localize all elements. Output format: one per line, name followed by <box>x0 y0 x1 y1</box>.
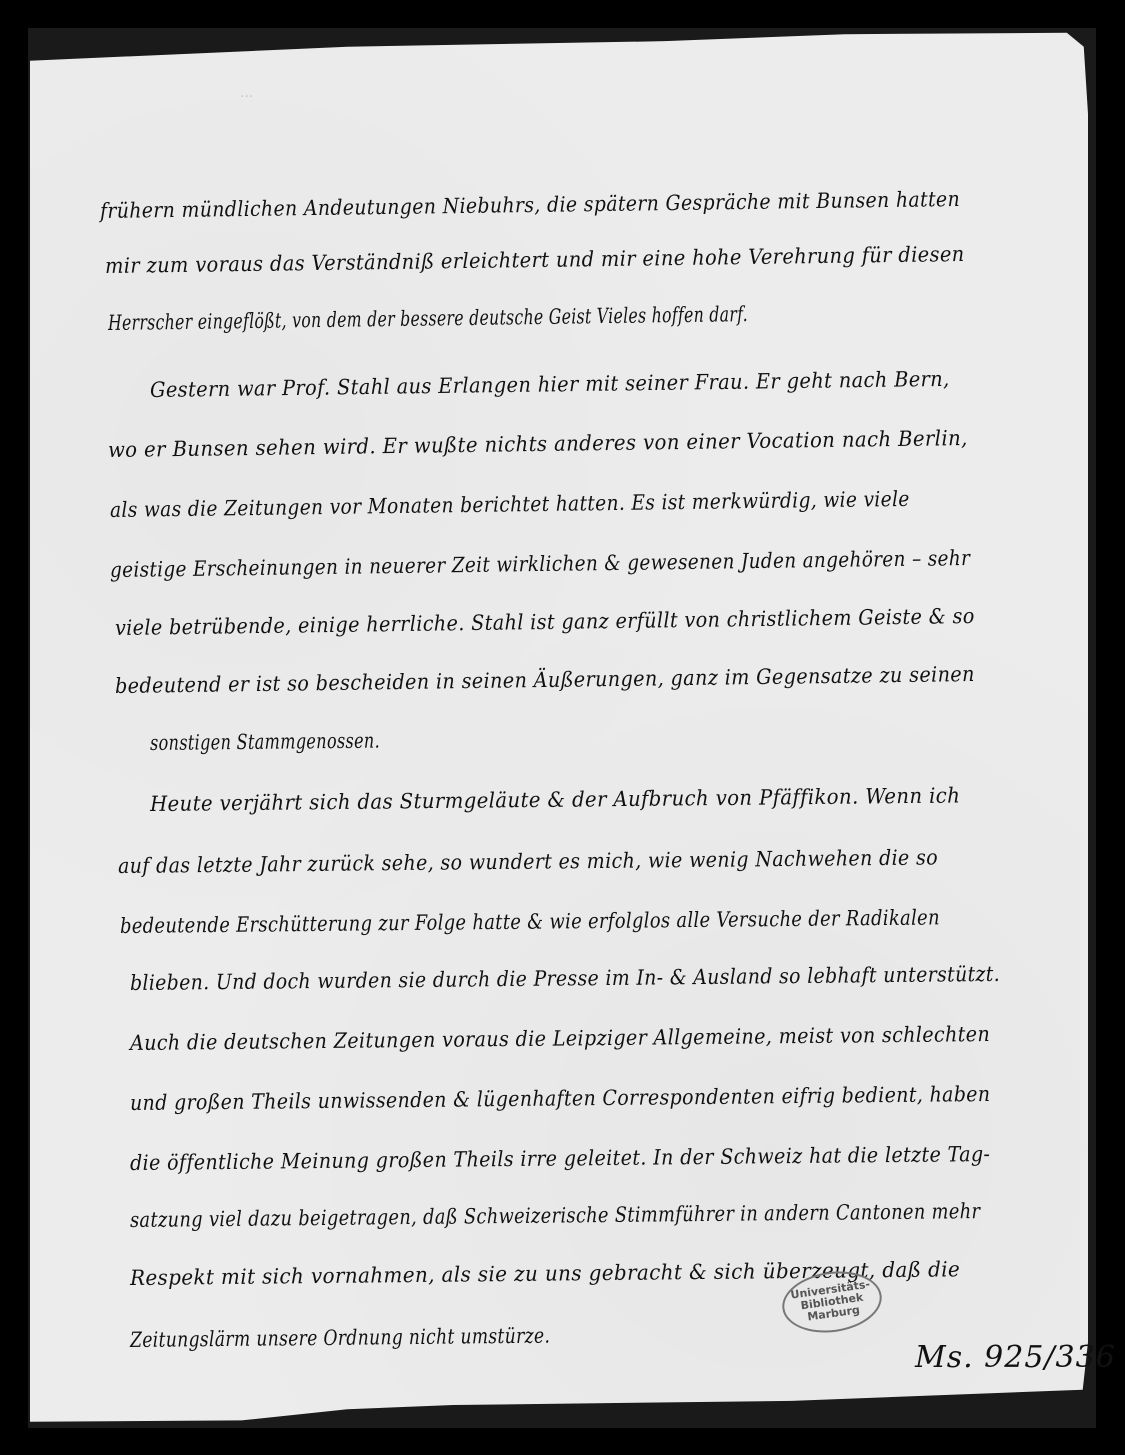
shelfmark: Ms. 925/336 <box>915 1340 1116 1375</box>
manuscript-line: Zeitungslärm unsere Ordnung nicht umstür… <box>130 1324 550 1352</box>
manuscript-line: sonstigen Stammgenossen. <box>150 729 380 755</box>
faint-pencil-note: ... <box>240 85 253 101</box>
